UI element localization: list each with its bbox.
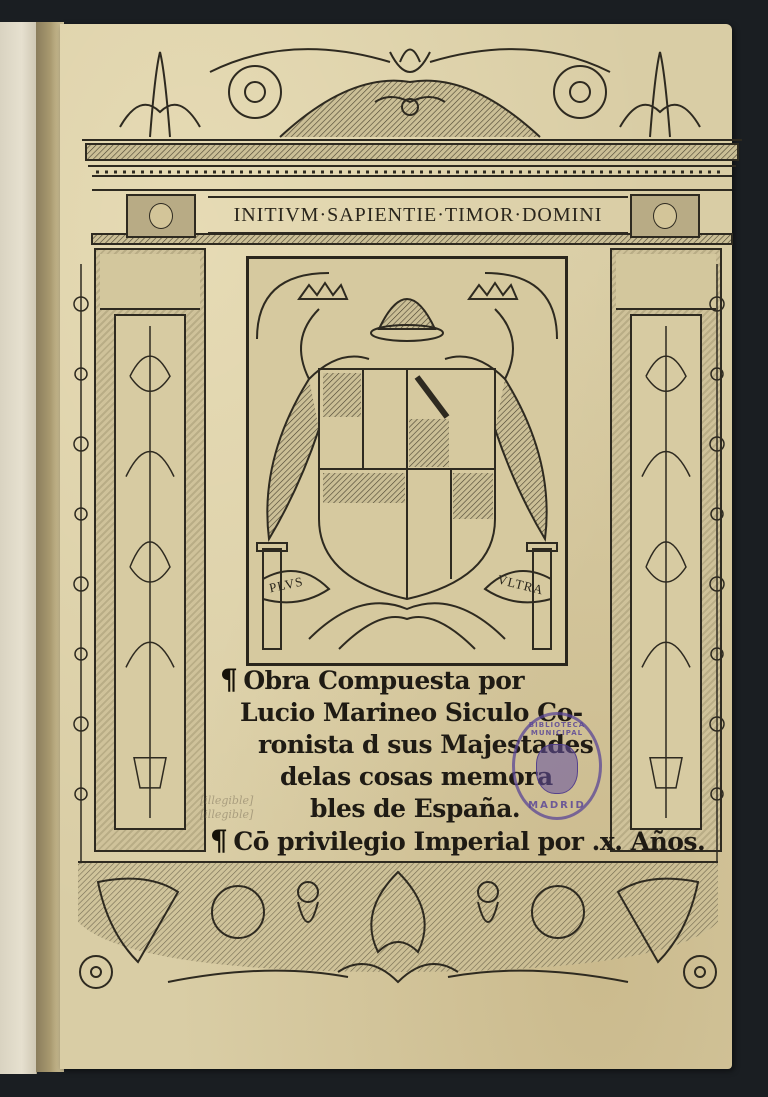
cherub-head-icon bbox=[149, 203, 173, 229]
title-page: INITIVM·SAPIENTIE·TIMOR·DOMINI bbox=[60, 24, 732, 1069]
cherub-head-icon bbox=[653, 203, 677, 229]
faint-pencil-annotation: [illegible] [illegible] bbox=[200, 794, 253, 822]
stamp-crest-icon bbox=[536, 744, 578, 794]
cherub-panel-right bbox=[630, 194, 700, 238]
pilaster-candelabra-panel bbox=[114, 314, 186, 830]
left-pilaster bbox=[94, 248, 206, 852]
stamp-city: MADRID bbox=[528, 800, 586, 811]
entablature: INITIVM·SAPIENTIE·TIMOR·DOMINI bbox=[82, 136, 742, 248]
pilaster-candelabra-panel bbox=[630, 314, 702, 830]
flyleaf-page-edge bbox=[0, 22, 37, 1074]
bottom-cornucopia-frieze bbox=[68, 852, 728, 1002]
pilcrow-icon: ¶ bbox=[220, 663, 237, 696]
imperial-coat-of-arms: PLVS VLTRA bbox=[246, 256, 568, 666]
library-stamp: BIBLIOTECA MUNICIPAL MADRID bbox=[512, 712, 602, 820]
right-flower-garland bbox=[706, 264, 728, 864]
cherub-panel-left bbox=[126, 194, 196, 238]
left-flower-garland bbox=[70, 264, 92, 864]
pilaster-capital bbox=[616, 254, 716, 310]
title-line-1: ¶Obra Compuesta por bbox=[210, 664, 630, 697]
pilaster-capital bbox=[100, 254, 200, 310]
top-foliate-ornament bbox=[90, 32, 730, 142]
frieze-motto-band: INITIVM·SAPIENTIE·TIMOR·DOMINI bbox=[208, 196, 628, 234]
stamp-library-name: BIBLIOTECA MUNICIPAL bbox=[515, 721, 599, 737]
header-motto: INITIVM·SAPIENTIE·TIMOR·DOMINI bbox=[234, 204, 603, 227]
